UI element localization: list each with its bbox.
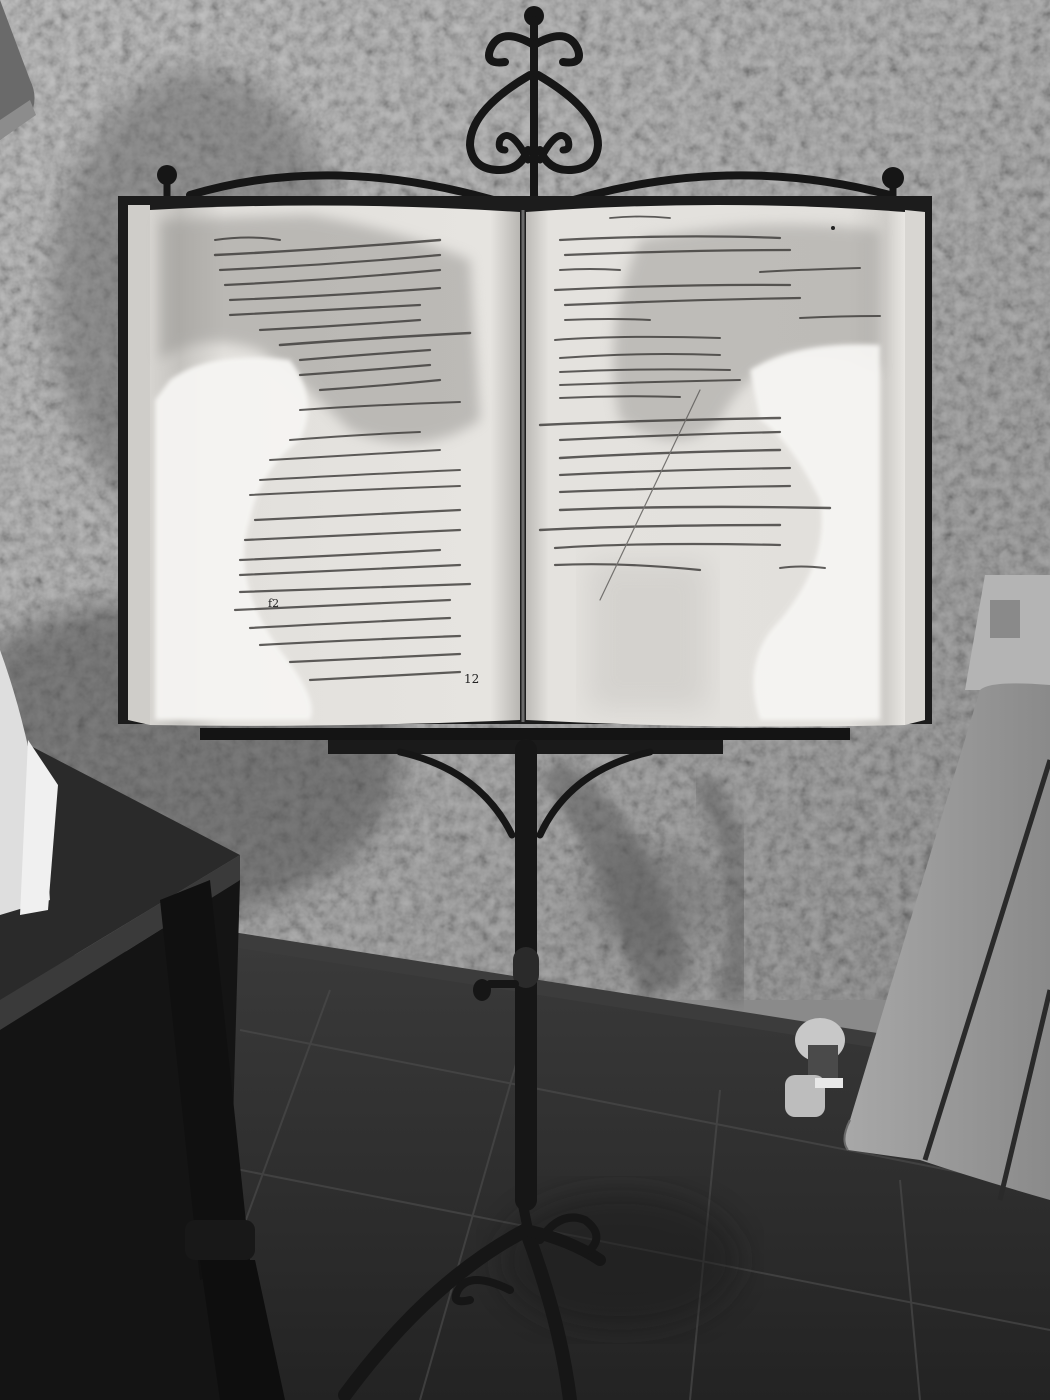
margin-note: f2 (268, 597, 279, 610)
page-footer-mark: 12 (464, 672, 479, 686)
photo-scene: Black-and-white photograph of an open ha… (0, 0, 1050, 1400)
photo-canvas: 12 f2 (0, 0, 1050, 1400)
open-manuscript-book: 12 f2 (118, 196, 932, 727)
